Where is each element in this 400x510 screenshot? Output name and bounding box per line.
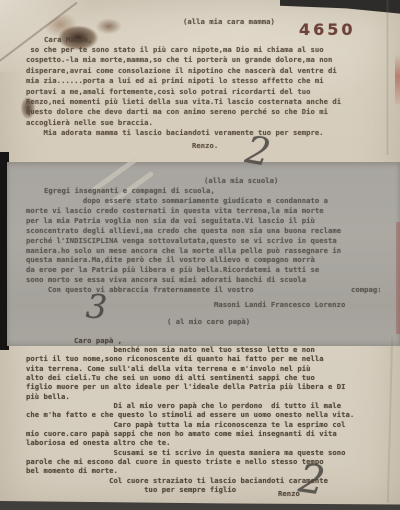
typed-line: portavi a me,amali fortemente,così solo … bbox=[26, 87, 341, 97]
typed-line: questa maniera.Ma,dite però che il vostr… bbox=[26, 255, 341, 265]
typed-line: Renzo,nei momenti più lieti della sua vi… bbox=[26, 97, 341, 107]
typed-line: per la mia Patria voglia non sia da voi … bbox=[26, 216, 341, 226]
letter-mamma-body: so che per te sono stato il più caro nip… bbox=[26, 45, 341, 139]
archive-number-stamp: 4650 bbox=[299, 20, 356, 39]
red-edge-mark-upper bbox=[395, 54, 400, 104]
vertical-crease-right-top bbox=[386, 0, 389, 155]
typed-line: sono morto se essa viva ancora sui miei … bbox=[26, 275, 341, 285]
typed-line: tuo per sempre figlio bbox=[26, 485, 354, 494]
typed-line: mia zia......porta a lui ed ai primi nip… bbox=[26, 76, 341, 86]
typed-line: Col cuore straziato ti lascio baciandoti… bbox=[26, 476, 354, 485]
typed-line: vita terrena. Come sull'ali della vita t… bbox=[26, 364, 354, 373]
letter-scuola-body: dopo essere stato sommariamente giudicat… bbox=[26, 196, 341, 295]
typed-line: perché l'INDISCIPLINA venga sottovalutat… bbox=[26, 236, 341, 246]
typed-line: Scusami se ti scrivo in questa maniera m… bbox=[26, 448, 354, 457]
red-edge-mark-lower bbox=[396, 222, 400, 334]
vertical-crease-right-bottom bbox=[387, 338, 393, 503]
typed-line: accoglierà nelle sue braccia. bbox=[26, 118, 341, 128]
typed-line: disperare,avrai come consolazione il nip… bbox=[26, 66, 341, 76]
typed-line: dopo essere stato sommariamente giudicat… bbox=[26, 196, 341, 206]
letter-papa-signature: Renzo bbox=[278, 489, 300, 498]
typed-line: porti il tuo nome,sono riconoscente di q… bbox=[26, 354, 354, 363]
author-name-line: Masoni Landi Francesco Lorenzo bbox=[214, 300, 345, 309]
typed-line: Con questo vi abbraccia fraternamente il… bbox=[26, 285, 341, 295]
typed-line: Caro papà tutta la mia riconoscenza te l… bbox=[26, 420, 354, 429]
typed-line: figlio muore per un alto ideale per l'id… bbox=[26, 382, 354, 391]
scanner-edge-top bbox=[280, 0, 400, 16]
letter-mamma-signature: Renzo. bbox=[192, 141, 218, 150]
scanner-edge-bottom bbox=[0, 499, 400, 510]
letter-mamma-salutation: Cara Mamma, bbox=[44, 35, 92, 44]
typed-line: Di al mio vero papà che lo perdono di tu… bbox=[26, 401, 354, 410]
typed-line: cospetto.-la mia morte,mamma,so che ti p… bbox=[26, 55, 341, 65]
typed-line: laboriosa ed onesta altro che te. bbox=[26, 438, 354, 447]
typed-line: da eroe per la Patria più libera e più b… bbox=[26, 265, 341, 275]
typed-line: benché non sia nato nel tuo stesso letto… bbox=[26, 345, 354, 354]
typed-line: questo dolore che devo darti ma con anim… bbox=[26, 107, 341, 117]
letter-mamma-header: (alla mia cara mamma) bbox=[183, 17, 275, 26]
typed-line: che m'ha fatto e che questo lo stimoli a… bbox=[26, 410, 354, 419]
typed-line: so che per te sono stato il più caro nip… bbox=[26, 45, 341, 55]
scanned-letter-page: 4650 2 3 2 (alla mia cara mamma) Cara Ma… bbox=[0, 0, 400, 510]
typed-line: morte vi lascio credo costernati in ques… bbox=[26, 206, 341, 216]
typed-line: Mia adorata mamma ti lascio baciandoti v… bbox=[26, 128, 341, 138]
letter-papa-header: ( al mio caro papà) bbox=[167, 317, 250, 326]
typed-line: più bella. bbox=[26, 392, 354, 401]
letter-papa-salutation: Caro papà , bbox=[74, 336, 122, 345]
letter-scuola-fragment: compag: bbox=[351, 285, 382, 294]
typed-line: sconcentrato degli allievi,ma credo che … bbox=[26, 226, 341, 236]
typed-line: alto dei cieli.Tu che sei un uomo di alt… bbox=[26, 373, 354, 382]
letter-scuola-salutation: Egregi insegnanti e compagni di scuola, bbox=[44, 186, 215, 195]
letter-scuola-header: (alla mia scuola) bbox=[204, 176, 278, 185]
typed-line: maniera.ho solo un mese ancora che la mo… bbox=[26, 246, 341, 256]
typed-line: bel momento di morte. bbox=[26, 466, 354, 475]
letter-papa-body: benché non sia nato nel tuo stesso letto… bbox=[26, 345, 354, 495]
